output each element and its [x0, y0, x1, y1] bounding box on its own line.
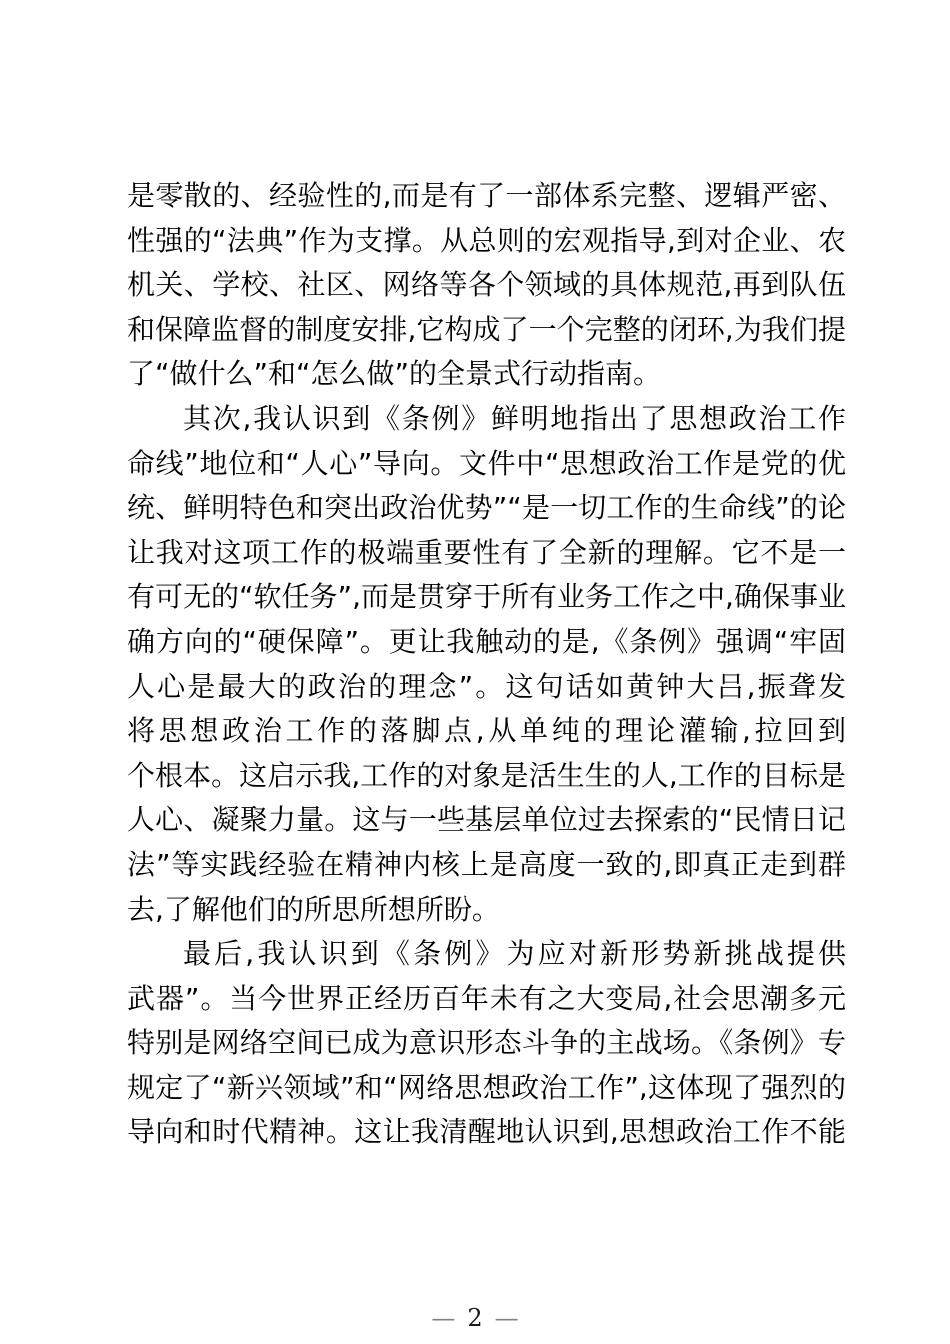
text-line: 命线”地位和“人心”导向。文件中“思想政治工作是党的优良传 [127, 442, 846, 487]
footer-right-dash: — [495, 1304, 519, 1332]
text-line: 规定了“新兴领域”和“网络思想政治工作”,这体现了强烈的问题 [127, 1066, 846, 1111]
text-line: 确方向的“硬保障”。更让我触动的是,《条例》强调“牢固树立 [127, 620, 846, 665]
text-line: 人心是最大的政治的理念”。这句话如黄钟大吕,振聋发聩。它 [127, 665, 846, 710]
page-footer: —2— [0, 1303, 950, 1333]
paragraph-2: 其次,我认识到《条例》鲜明地指出了思想政治工作的“生 命线”地位和“人心”导向。… [127, 397, 846, 932]
page-body-text: 是零散的、经验性的,而是有了一部体系完整、逻辑严密、指导 性强的“法典”作为支撑… [127, 174, 846, 1155]
text-line: 是零散的、经验性的,而是有了一部体系完整、逻辑严密、指导 [127, 174, 846, 219]
paragraph-3: 最后,我认识到《条例》为应对新形势新挑战提供了“锐利 武器”。当今世界正经历百年… [127, 932, 846, 1155]
text-line: 人心、凝聚力量。这与一些基层单位过去探索的“民情日记工作 [127, 798, 846, 843]
text-line: 去,了解他们的所思所想所盼。 [127, 888, 846, 933]
text-line: 特别是网络空间已成为意识形态斗争的主战场。《条例》专章 [127, 1021, 846, 1066]
document-page: 是零散的、经验性的,而是有了一部体系完整、逻辑严密、指导 性强的“法典”作为支撑… [0, 0, 950, 1344]
text-line: 有可无的“软任务”,而是贯穿于所有业务工作之中,确保事业正 [127, 575, 846, 620]
text-line: 性强的“法典”作为支撑。从总则的宏观指导,到对企业、农村、 [127, 219, 846, 264]
text-line: 统、鲜明特色和突出政治优势”“是一切工作的生命线”的论述, [127, 486, 846, 531]
text-line: 将思想政治工作的落脚点,从单纯的理论灌输,拉回到了“人”这 [127, 709, 846, 754]
text-line: 个根本。这启示我,工作的对象是活生生的人,工作的目标是赢得 [127, 754, 846, 799]
text-line: 法”等实践经验在精神内核上是高度一致的,即真正走到群众中 [127, 843, 846, 888]
page-number: 2 [467, 1303, 482, 1333]
paragraph-1: 是零散的、经验性的,而是有了一部体系完整、逻辑严密、指导 性强的“法典”作为支撑… [127, 174, 846, 397]
footer-left-dash: — [431, 1304, 455, 1332]
text-line: 机关、学校、社区、网络等各个领域的具体规范,再到队伍建设 [127, 263, 846, 308]
text-line: 了“做什么”和“怎么做”的全景式行动指南。 [127, 352, 846, 397]
text-line: 其次,我认识到《条例》鲜明地指出了思想政治工作的“生 [127, 397, 846, 442]
text-line: 最后,我认识到《条例》为应对新形势新挑战提供了“锐利 [127, 932, 846, 977]
text-line: 武器”。当今世界正经历百年未有之大变局,社会思潮多元多变, [127, 977, 846, 1022]
text-line: 让我对这项工作的极端重要性有了全新的理解。它不是一项可 [127, 531, 846, 576]
text-line: 和保障监督的制度安排,它构成了一个完整的闭环,为我们提供 [127, 308, 846, 353]
text-line: 导向和时代精神。这让我清醒地认识到,思想政治工作不能再满 [127, 1110, 846, 1155]
